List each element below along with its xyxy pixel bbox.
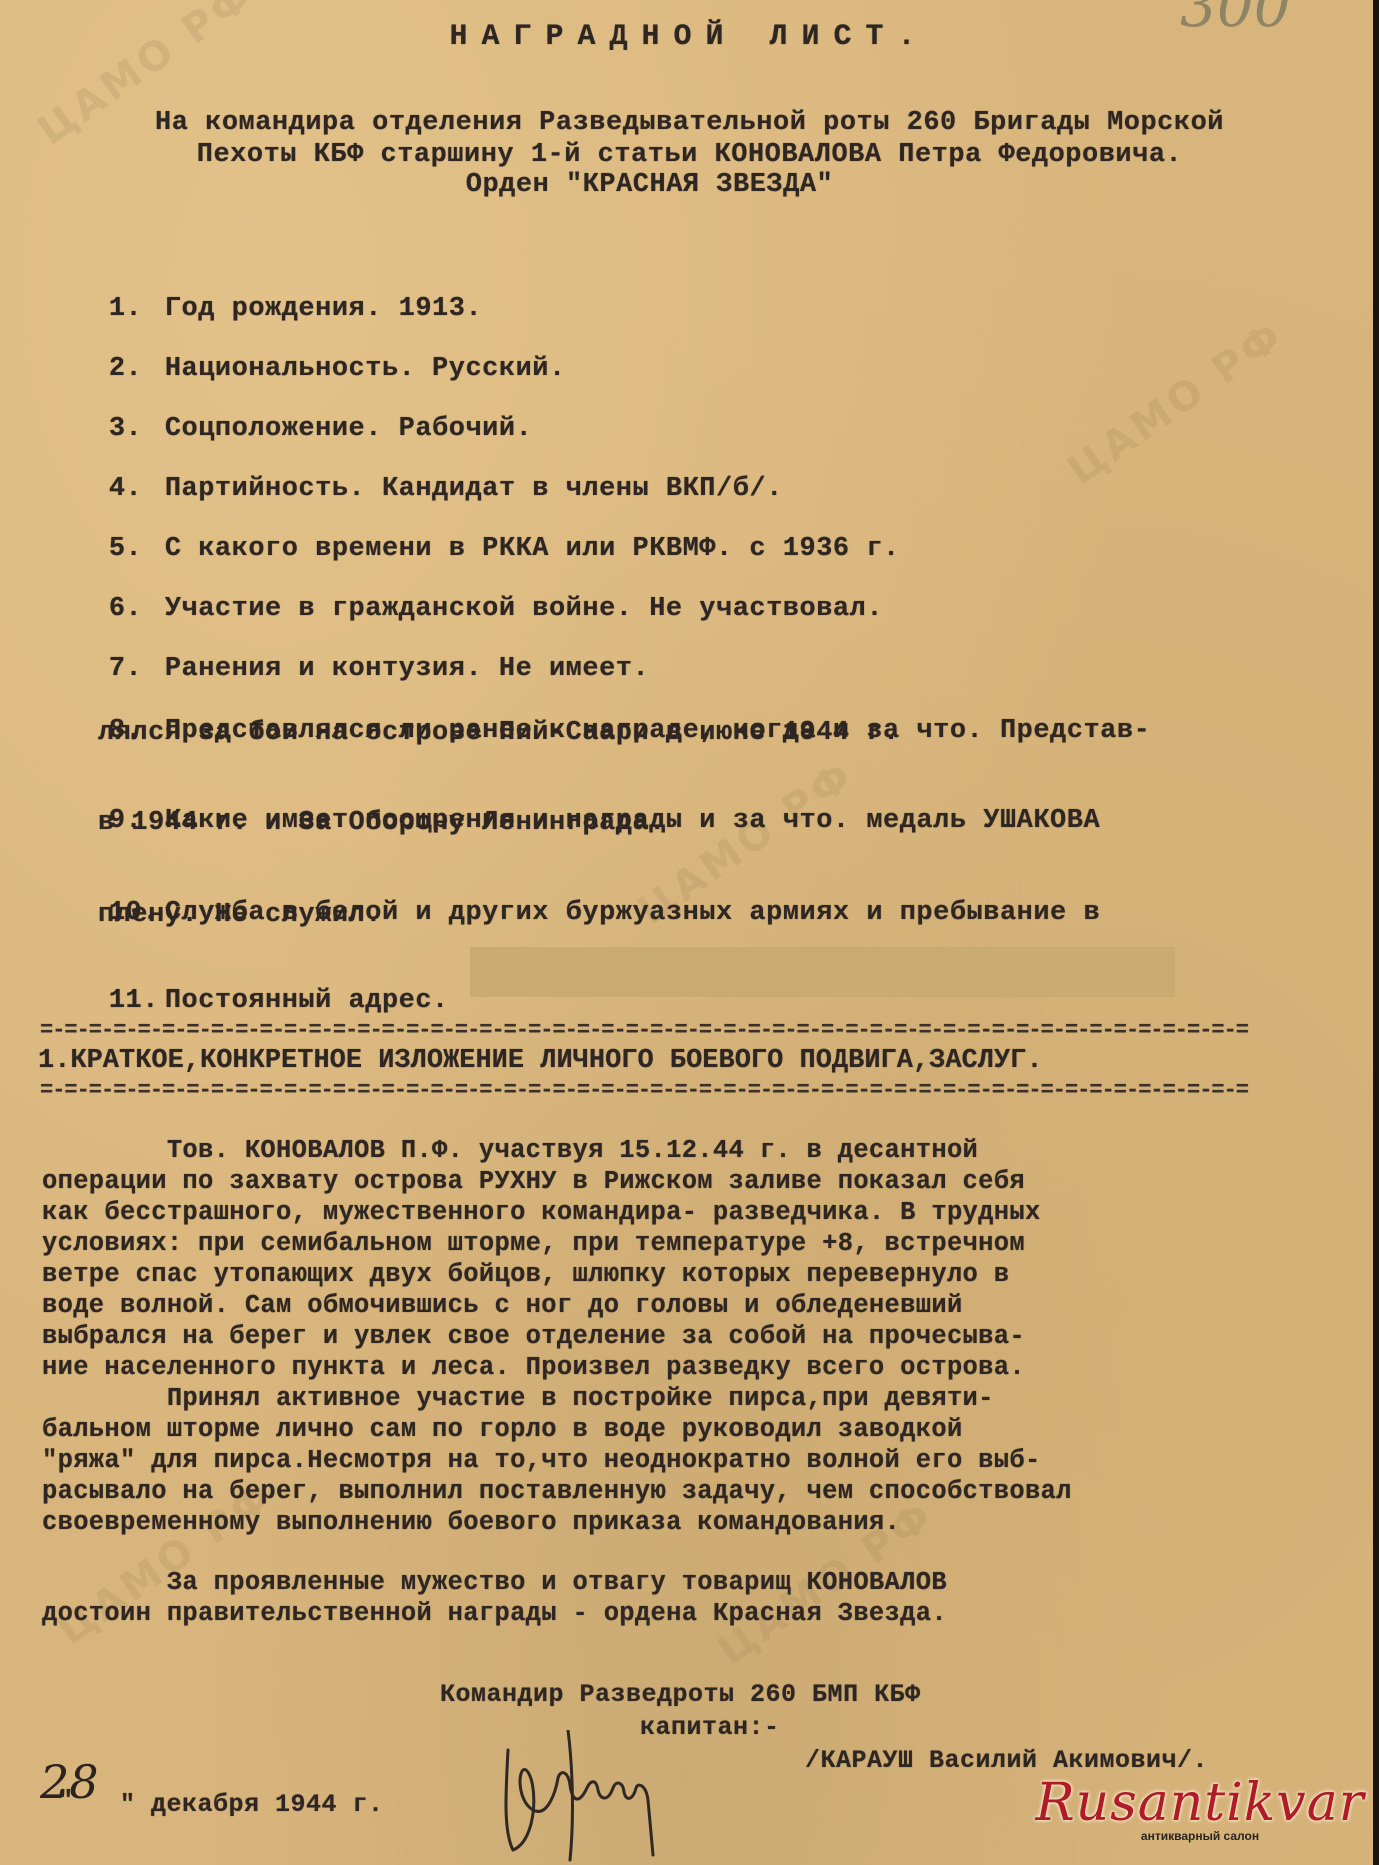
- narrative-line: выбрался на берег и увлек свое отделение…: [42, 1322, 1025, 1351]
- date-month-year: " декабря 1944 г.: [120, 1790, 384, 1819]
- narrative-line: ветре спас утопающих двух бойцов, шлюпку…: [42, 1260, 1009, 1289]
- narrative-line: воде волной. Сам обмочившись с ног до го…: [42, 1291, 963, 1320]
- narrative-line: бальном шторме лично сам по горло в воде…: [42, 1415, 963, 1444]
- signatory-name: /КАРАУШ Василий Акимович/.: [805, 1746, 1208, 1775]
- narrative-line: как бесстрашного, мужественного командир…: [42, 1198, 1041, 1227]
- rusantikvar-logo: Rusantikvar антикварный салон: [1030, 1775, 1370, 1843]
- handwritten-day: 28: [40, 1755, 99, 1809]
- item-previous-nominations-cont: лялся за бои на острове Пий-Саари в июне…: [98, 718, 900, 748]
- award-sheet-page: 300 ЦАМО РФ ЦАМО РФ ЦАМО РФ ЦАМО РФ ЦАМО…: [0, 0, 1373, 1865]
- narrative-line: своевременному выполнению боевого приказ…: [42, 1508, 900, 1537]
- narrative-line: условиях: при семибальном шторме, при те…: [42, 1229, 1025, 1258]
- item-white-army-service-cont: плену. Не служил.: [98, 900, 382, 930]
- handwritten-signature-icon: [478, 1730, 678, 1865]
- signatory-position: Командир Разведроты 260 БМП КБФ: [440, 1680, 921, 1709]
- narrative-line: Тов. КОНОВАЛОВ П.Ф. участвуя 15.12.44 г.…: [42, 1136, 978, 1165]
- narrative-line: "ряжа" для пирса.Несмотря на то,что неод…: [42, 1446, 1041, 1475]
- header-line: На командира отделения Разведывательной …: [0, 108, 1373, 138]
- separator-line: =-=-=-=-=-=-=-=-=-=-=-=-=-=-=-=-=-=-=-=-…: [40, 1018, 1248, 1043]
- conclusion-line: достоин правительственной награды - орде…: [42, 1599, 947, 1628]
- conclusion-line: За проявленные мужество и отвагу товарищ…: [42, 1568, 947, 1597]
- logo-main-text: Rusantikvar: [1030, 1775, 1370, 1831]
- narrative-line: ние населенного пункта и леса. Произвел …: [42, 1353, 1025, 1382]
- award-name: Орден "КРАСНАЯ ЗВЕЗДА": [0, 170, 1339, 200]
- narrative-line: расывало на берег, выполнил поставленную…: [42, 1477, 1072, 1506]
- narrative-line: Принял активное участие в постройке пирс…: [42, 1384, 994, 1413]
- section-title: 1.КРАТКОЕ,КОНКРЕТНОЕ ИЗЛОЖЕНИЕ ЛИЧНОГО Б…: [38, 1046, 1043, 1076]
- watermark: ЦАМО РФ: [1060, 312, 1293, 495]
- redacted-address: [470, 947, 1175, 997]
- scan-edge: [1373, 0, 1379, 1865]
- header-line: Пехоты КБФ старшину 1-й статьи КОНОВАЛОВ…: [0, 140, 1373, 170]
- separator-line: =-=-=-=-=-=-=-=-=-=-=-=-=-=-=-=-=-=-=-=-…: [40, 1078, 1248, 1103]
- narrative-line: операции по захвату острова РУХНУ в Рижс…: [42, 1167, 1025, 1196]
- item-awards-cont: в 1944 г. и За Оборону Ленинграда.: [98, 808, 666, 838]
- document-title: НАГРАДНОЙ ЛИСТ.: [0, 20, 1373, 54]
